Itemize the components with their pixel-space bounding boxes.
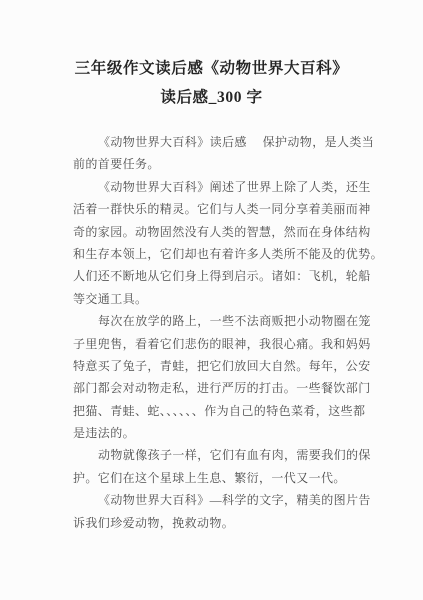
text-line: 每次在放学的路上，一些不法商贩把小动物圈在笼 [73,310,393,332]
essay-title: 三年级作文读后感《动物世界大百科》 读后感_300 字 [0,54,423,112]
text-line: 前的首要任务。 [73,153,393,175]
title-line-2: 读后感_300 字 [0,83,423,112]
title-line-1: 三年级作文读后感《动物世界大百科》 [0,54,423,83]
essay-body: 《动物世界大百科》读后感 保护动物，是人类当 前的首要任务。 《动物世界大百科》… [73,131,393,534]
text-line: 《动物世界大百科》—科学的文字，精美的图片告 [73,489,393,511]
text-line: 把猫、青蛙、蛇、、、、、、作为自己的特色菜肴，这些都 [73,400,393,422]
text-line: 动物就像孩子一样，它们有血有肉，需要我们的保 [73,444,393,466]
text-line: 是违法的。 [73,422,393,444]
paragraph-4: 动物就像孩子一样，它们有血有肉，需要我们的保 护。它们在这个星球上生息、繁衍，一… [73,444,393,489]
text-line: 和生存本领上，它们却也有着许多人类所不能及的优势。 [73,243,393,265]
text-line: 部门都会对动物走私，进行严厉的打击。一些餐饮部门 [73,377,393,399]
text-line: 活着一群快乐的精灵。它们与人类一同分享着美丽而神 [73,198,393,220]
text-line: 子里兜售，看着它们悲伤的眼神，我很心痛。我和妈妈 [73,333,393,355]
text-line: 《动物世界大百科》读后感 保护动物，是人类当 [73,131,393,153]
text-line: 奇的家园。动物固然没有人类的智慧，然而在身体结构 [73,221,393,243]
essay-page: 三年级作文读后感《动物世界大百科》 读后感_300 字 《动物世界大百科》读后感… [0,0,423,600]
text-line: 等交通工具。 [73,288,393,310]
paragraph-1: 《动物世界大百科》读后感 保护动物，是人类当 前的首要任务。 [73,131,393,176]
paragraph-2: 《动物世界大百科》阐述了世界上除了人类，还生 活着一群快乐的精灵。它们与人类一同… [73,176,393,310]
text-line: 特意买了兔子，青蛙，把它们放回大自然。每年，公安 [73,355,393,377]
text-line: 护。它们在这个星球上生息、繁衍，一代又一代。 [73,467,393,489]
text-line: 人们还不断地从它们身上得到启示。诸如：飞机，轮船 [73,265,393,287]
text-line: 诉我们珍爱动物，挽救动物。 [73,512,393,534]
text-line: 《动物世界大百科》阐述了世界上除了人类，还生 [73,176,393,198]
paragraph-3: 每次在放学的路上，一些不法商贩把小动物圈在笼 子里兜售，看着它们悲伤的眼神，我很… [73,310,393,444]
paragraph-5: 《动物世界大百科》—科学的文字，精美的图片告 诉我们珍爱动物，挽救动物。 [73,489,393,534]
